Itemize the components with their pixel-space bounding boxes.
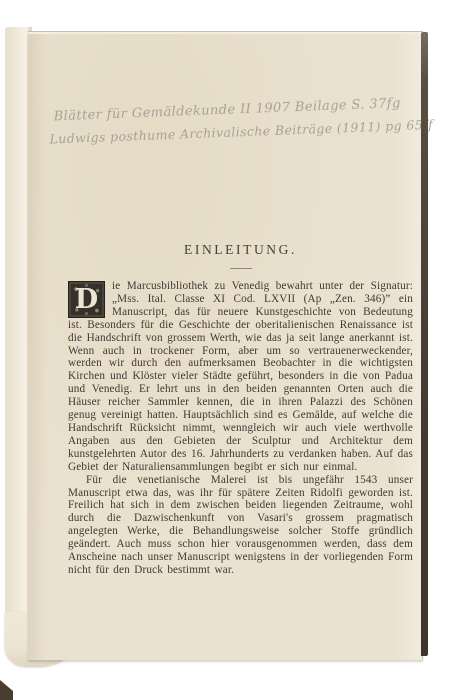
- ornate-initial-d: D: [68, 281, 105, 318]
- body-text: Die Marcusbibliothek zu Venedig bewahrt …: [68, 280, 413, 577]
- heading-divider: [68, 268, 413, 269]
- book-cover-corner: [0, 680, 13, 700]
- paragraph-1: Die Marcusbibliothek zu Venedig bewahrt …: [68, 280, 413, 474]
- pencil-annotations: Blätter für Gemäldekunde II 1907 Beilage…: [53, 94, 384, 151]
- book-cover-right-edge: [421, 32, 428, 656]
- book-page: Blätter für Gemäldekunde II 1907 Beilage…: [28, 32, 423, 660]
- paragraph-1-text: ie Marcusbibliothek zu Venedig bewahrt u…: [68, 280, 413, 473]
- page-content: Blätter für Gemäldekunde II 1907 Beilage…: [28, 34, 422, 660]
- book-photograph: Blätter für Gemäldekunde II 1907 Beilage…: [0, 0, 467, 700]
- paragraph-2-text: Für die venetianische Malerei ist bis un…: [68, 474, 413, 576]
- chapter-heading: EINLEITUNG.: [68, 242, 413, 258]
- paragraph-2: Für die venetianische Malerei ist bis un…: [68, 474, 413, 577]
